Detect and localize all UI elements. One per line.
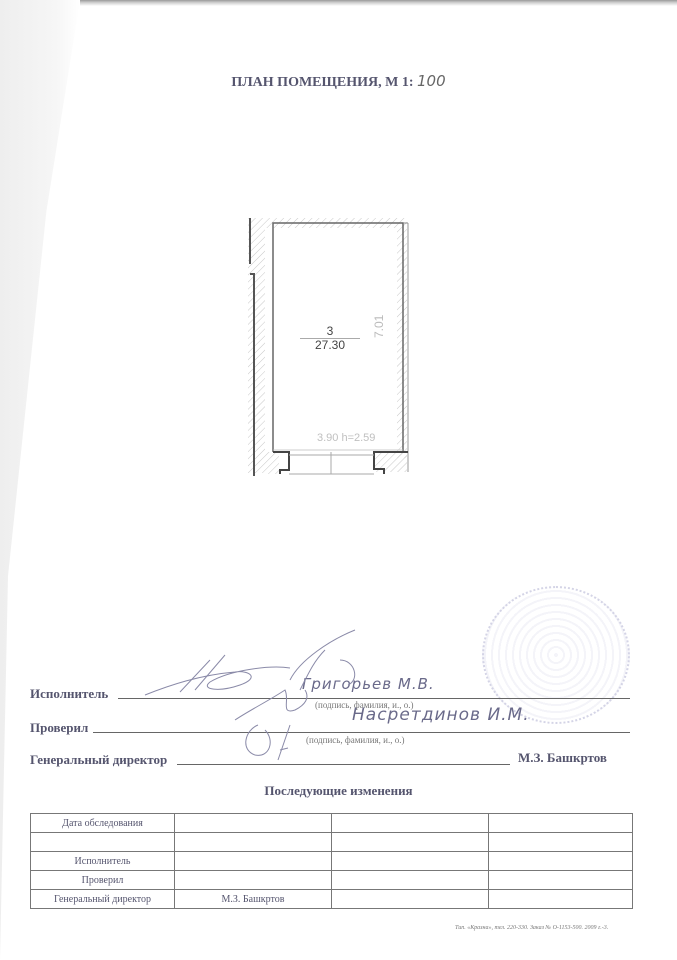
table-row xyxy=(31,833,633,852)
table-cell xyxy=(332,833,489,852)
table-cell: Исполнитель xyxy=(31,852,175,871)
table-cell xyxy=(175,852,332,871)
title-scale-handwritten: 100 xyxy=(417,72,446,90)
table-cell: М.З. Башкртов xyxy=(175,890,332,909)
changes-title: Последующие изменения xyxy=(0,783,677,799)
changes-table: Дата обследования Исполнитель Проверил Г… xyxy=(30,813,633,909)
side-dimension: 7.01 xyxy=(372,315,386,338)
official-stamp xyxy=(482,586,630,724)
table-cell: Генеральный директор xyxy=(31,890,175,909)
table-cell xyxy=(332,890,489,909)
table-cell xyxy=(332,871,489,890)
table-cell xyxy=(31,833,175,852)
title-printed: ПЛАН ПОМЕЩЕНИЯ, М 1: xyxy=(231,75,413,90)
table-cell: Проверил xyxy=(31,871,175,890)
table-row: Дата обследования xyxy=(31,814,633,833)
checker-label: Проверил xyxy=(30,720,88,736)
handwritten-signatures xyxy=(140,630,480,770)
table-row: Исполнитель xyxy=(31,852,633,871)
table-cell xyxy=(175,814,332,833)
table-cell xyxy=(489,890,633,909)
scan-edge-top xyxy=(80,0,677,6)
table-cell xyxy=(489,852,633,871)
table-cell xyxy=(175,871,332,890)
table-cell xyxy=(332,814,489,833)
table-cell: Дата обследования xyxy=(31,814,175,833)
table-row: Генеральный директор М.З. Башкртов xyxy=(31,890,633,909)
table-cell xyxy=(489,814,633,833)
table-cell xyxy=(489,871,633,890)
print-footer: Тип. «Кразна», тел. 220-330. Заказ № О-1… xyxy=(455,925,608,931)
room-area: 27.30 xyxy=(300,338,360,352)
table-cell xyxy=(332,852,489,871)
table-cell xyxy=(489,833,633,852)
director-name: М.З. Башкртов xyxy=(518,750,607,766)
bottom-dimension: 3.90 h=2.59 xyxy=(317,432,375,444)
room-number: 3 xyxy=(300,325,360,338)
executor-label: Исполнитель xyxy=(30,686,108,702)
table-row: Проверил xyxy=(31,871,633,890)
room-label: 3 27.30 xyxy=(300,325,360,352)
page-title: ПЛАН ПОМЕЩЕНИЯ, М 1: 100 xyxy=(0,72,677,91)
table-cell xyxy=(175,833,332,852)
